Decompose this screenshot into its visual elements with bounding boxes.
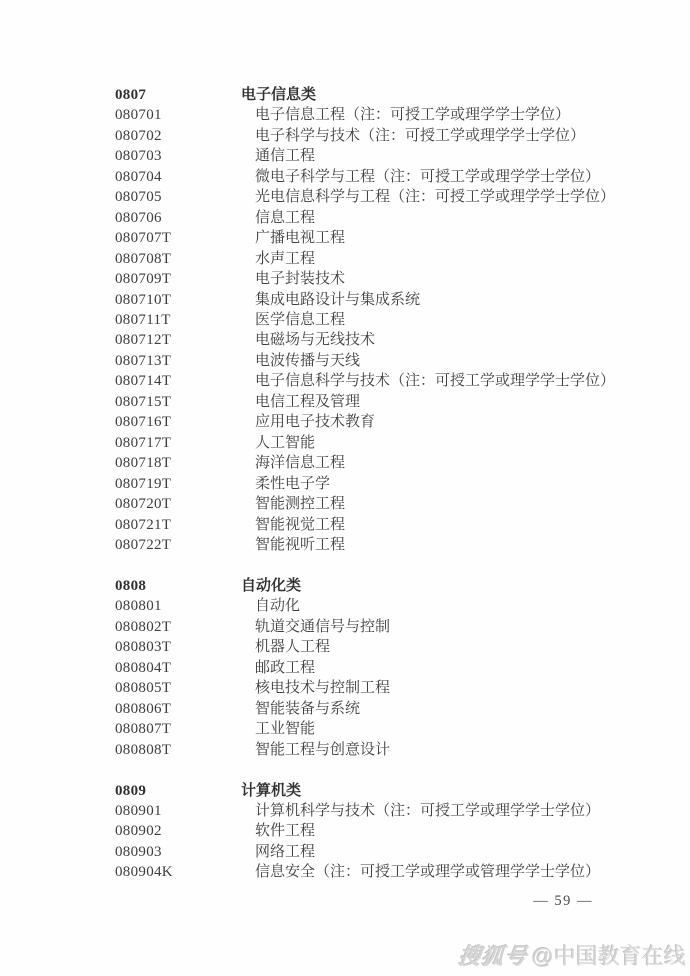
major-code: 080710T [115, 290, 241, 310]
major-code: 080712T [115, 330, 241, 350]
major-code: 080903 [115, 842, 241, 862]
major-code: 080708T [115, 249, 241, 269]
major-row: 080804T邮政工程 [115, 658, 655, 678]
major-row: 080708T水声工程 [115, 249, 655, 269]
major-name: 电子科学与技术（注：可授工学或理学学士学位） [241, 126, 585, 146]
major-code: 080707T [115, 228, 241, 248]
major-name: 集成电路设计与集成系统 [241, 290, 420, 310]
major-row: 080707T广播电视工程 [115, 228, 655, 248]
major-code: 080717T [115, 433, 241, 453]
major-row: 080709T电子封装技术 [115, 269, 655, 289]
category-title: 计算机类 [241, 781, 301, 801]
major-code: 080803T [115, 637, 241, 657]
major-name: 海洋信息工程 [241, 453, 345, 473]
major-code: 080702 [115, 126, 241, 146]
major-code: 080715T [115, 392, 241, 412]
major-row: 080713T电波传播与天线 [115, 351, 655, 371]
major-name: 核电技术与控制工程 [241, 678, 390, 698]
major-category-section: 0808自动化类080801自动化080802T轨道交通信号与控制080803T… [115, 576, 655, 760]
major-name: 电波传播与天线 [241, 351, 360, 371]
major-name: 光电信息科学与工程（注：可授工学或理学学士学位） [241, 187, 615, 207]
major-name: 软件工程 [241, 821, 315, 841]
major-name: 智能装备与系统 [241, 699, 360, 719]
major-row: 080805T核电技术与控制工程 [115, 678, 655, 698]
category-code: 0808 [115, 576, 241, 596]
major-row: 080705光电信息科学与工程（注：可授工学或理学学士学位） [115, 187, 655, 207]
major-name: 柔性电子学 [241, 474, 330, 494]
major-name: 智能视听工程 [241, 535, 345, 555]
category-heading-row: 0809计算机类 [115, 781, 655, 801]
category-title: 电子信息类 [241, 85, 316, 105]
major-row: 080714T电子信息科学与技术（注：可授工学或理学学士学位） [115, 371, 655, 391]
major-name: 机器人工程 [241, 637, 330, 657]
major-category-section: 0809计算机类080901计算机科学与技术（注：可授工学或理学学士学位）080… [115, 781, 655, 883]
major-row: 080715T电信工程及管理 [115, 392, 655, 412]
major-code: 080721T [115, 515, 241, 535]
major-name: 电磁场与无线技术 [241, 330, 375, 350]
major-name: 电信工程及管理 [241, 392, 360, 412]
major-row: 080710T集成电路设计与集成系统 [115, 290, 655, 310]
major-row: 080802T轨道交通信号与控制 [115, 617, 655, 637]
major-code: 080805T [115, 678, 241, 698]
major-row: 080806T智能装备与系统 [115, 699, 655, 719]
major-code: 080709T [115, 269, 241, 289]
major-name: 广播电视工程 [241, 228, 345, 248]
major-code: 080711T [115, 310, 241, 330]
major-name: 信息工程 [241, 208, 315, 228]
major-code: 080801 [115, 596, 241, 616]
major-name: 医学信息工程 [241, 310, 345, 330]
major-category-section: 0807电子信息类080701电子信息工程（注：可授工学或理学学士学位）0807… [115, 85, 655, 555]
major-row: 080803T机器人工程 [115, 637, 655, 657]
major-name: 智能视觉工程 [241, 515, 345, 535]
major-name: 信息安全（注：可授工学或理学或管理学学士学位） [241, 862, 600, 882]
major-row: 080704微电子科学与工程（注：可授工学或理学学士学位） [115, 167, 655, 187]
major-name: 自动化 [241, 596, 300, 616]
major-name: 计算机科学与技术（注：可授工学或理学学士学位） [241, 801, 600, 821]
major-row: 080720T智能测控工程 [115, 494, 655, 514]
watermark: 搜狐号@中国教育在线 [459, 940, 686, 971]
major-row: 080801自动化 [115, 596, 655, 616]
major-name: 电子信息科学与技术（注：可授工学或理学学士学位） [241, 371, 615, 391]
major-code: 080720T [115, 494, 241, 514]
major-code: 080722T [115, 535, 241, 555]
major-code: 080719T [115, 474, 241, 494]
watermark-publisher-logo: 搜狐号 [456, 940, 529, 971]
major-name: 人工智能 [241, 433, 315, 453]
major-name: 网络工程 [241, 842, 315, 862]
major-code: 080806T [115, 699, 241, 719]
major-row: 080702电子科学与技术（注：可授工学或理学学士学位） [115, 126, 655, 146]
category-code: 0809 [115, 781, 241, 801]
major-code: 080713T [115, 351, 241, 371]
category-heading-row: 0807电子信息类 [115, 85, 655, 105]
major-code: 080705 [115, 187, 241, 207]
major-code: 080718T [115, 453, 241, 473]
major-code-list: 0807电子信息类080701电子信息工程（注：可授工学或理学学士学位）0807… [115, 85, 655, 883]
category-title: 自动化类 [241, 576, 301, 596]
category-code: 0807 [115, 85, 241, 105]
major-name: 电子信息工程（注：可授工学或理学学士学位） [241, 105, 570, 125]
major-name: 工业智能 [241, 719, 315, 739]
major-row: 080717T人工智能 [115, 433, 655, 453]
watermark-account-text: @中国教育在线 [532, 944, 686, 969]
major-name: 通信工程 [241, 146, 315, 166]
major-name: 电子封装技术 [241, 269, 345, 289]
major-row: 080711T医学信息工程 [115, 310, 655, 330]
major-row: 080721T智能视觉工程 [115, 515, 655, 535]
major-row: 080719T柔性电子学 [115, 474, 655, 494]
major-code: 080714T [115, 371, 241, 391]
major-row: 080716T应用电子技术教育 [115, 412, 655, 432]
major-code: 080704 [115, 167, 241, 187]
document-page: 0807电子信息类080701电子信息工程（注：可授工学或理学学士学位）0807… [0, 0, 690, 976]
major-row: 080701电子信息工程（注：可授工学或理学学士学位） [115, 105, 655, 125]
major-code: 080706 [115, 208, 241, 228]
major-code: 080808T [115, 740, 241, 760]
major-row: 080901计算机科学与技术（注：可授工学或理学学士学位） [115, 801, 655, 821]
major-code: 080902 [115, 821, 241, 841]
major-row: 080903网络工程 [115, 842, 655, 862]
major-name: 水声工程 [241, 249, 315, 269]
major-name: 应用电子技术教育 [241, 412, 375, 432]
page-number: — 59 — [533, 893, 593, 910]
major-code: 080804T [115, 658, 241, 678]
major-row: 080904K信息安全（注：可授工学或理学或管理学学士学位） [115, 862, 655, 882]
major-code: 080716T [115, 412, 241, 432]
major-code: 080701 [115, 105, 241, 125]
major-code: 080703 [115, 146, 241, 166]
major-code: 080904K [115, 862, 241, 882]
major-name: 轨道交通信号与控制 [241, 617, 390, 637]
major-name: 智能测控工程 [241, 494, 345, 514]
major-row: 080703通信工程 [115, 146, 655, 166]
major-code: 080802T [115, 617, 241, 637]
major-row: 080808T智能工程与创意设计 [115, 740, 655, 760]
major-row: 080902软件工程 [115, 821, 655, 841]
major-code: 080901 [115, 801, 241, 821]
major-row: 080722T智能视听工程 [115, 535, 655, 555]
major-row: 080712T电磁场与无线技术 [115, 330, 655, 350]
major-name: 邮政工程 [241, 658, 315, 678]
major-row: 080706信息工程 [115, 208, 655, 228]
major-row: 080807T工业智能 [115, 719, 655, 739]
major-name: 智能工程与创意设计 [241, 740, 390, 760]
major-code: 080807T [115, 719, 241, 739]
major-row: 080718T海洋信息工程 [115, 453, 655, 473]
category-heading-row: 0808自动化类 [115, 576, 655, 596]
major-name: 微电子科学与工程（注：可授工学或理学学士学位） [241, 167, 600, 187]
